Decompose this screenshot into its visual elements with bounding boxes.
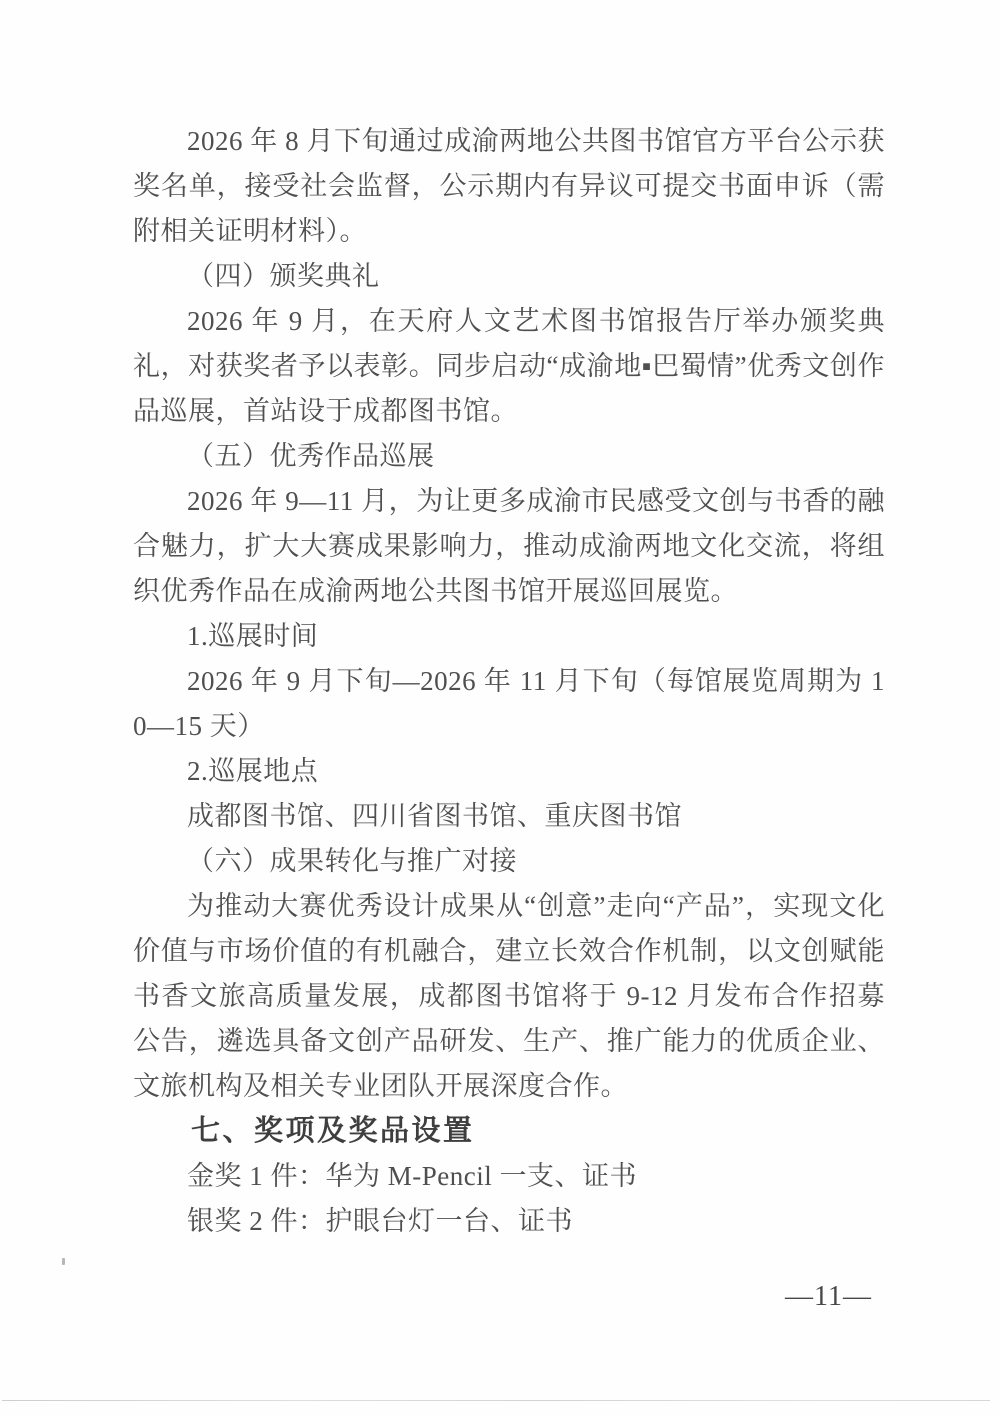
scan-speck-artifact (62, 1258, 65, 1265)
paragraph-award-ceremony-details: 2026 年 9 月，在天府人文艺术图书馆报告厅举办颁奖典礼，对获奖者予以表彰。… (133, 299, 885, 434)
paragraph-exhibition-tour-intro: 2026 年 9—11 月，为让更多成渝市民感受文创与书香的融合魅力，扩大大赛成… (133, 479, 885, 614)
document-body: 2026 年 8 月下旬通过成渝两地公共图书馆官方平台公示获奖名单，接受社会监督… (133, 119, 885, 1244)
heading-section-4-award-ceremony: （四）颁奖典礼 (133, 254, 885, 299)
item-tour-location-label: 2.巡展地点 (133, 749, 885, 794)
paragraph-gold-award: 金奖 1 件：华为 M-Pencil 一支、证书 (133, 1154, 885, 1199)
paragraph-transformation-details: 为推动大赛优秀设计成果从“创意”走向“产品”，实现文化价值与市场价值的有机融合，… (133, 884, 885, 1109)
page-number: —11— (785, 1281, 872, 1313)
item-tour-time-label: 1.巡展时间 (133, 614, 885, 659)
heading-section-5-exhibition-tour: （五）优秀作品巡展 (133, 434, 885, 479)
heading-section-7-awards-setup: 七、奖项及奖品设置 (133, 1109, 885, 1154)
paragraph-tour-locations: 成都图书馆、四川省图书馆、重庆图书馆 (133, 794, 885, 839)
paragraph-tour-time-range: 2026 年 9 月下旬—2026 年 11 月下旬（每馆展览周期为 10—15… (133, 659, 885, 749)
paragraph-silver-award: 银奖 2 件：护眼台灯一台、证书 (133, 1199, 885, 1244)
heading-section-6-transformation: （六）成果转化与推广对接 (133, 839, 885, 884)
scanned-document-page: 2026 年 8 月下旬通过成渝两地公共图书馆官方平台公示获奖名单，接受社会监督… (0, 0, 1000, 1415)
scan-edge-line-artifact (2, 1400, 990, 1401)
paragraph-award-publicity: 2026 年 8 月下旬通过成渝两地公共图书馆官方平台公示获奖名单，接受社会监督… (133, 119, 885, 254)
